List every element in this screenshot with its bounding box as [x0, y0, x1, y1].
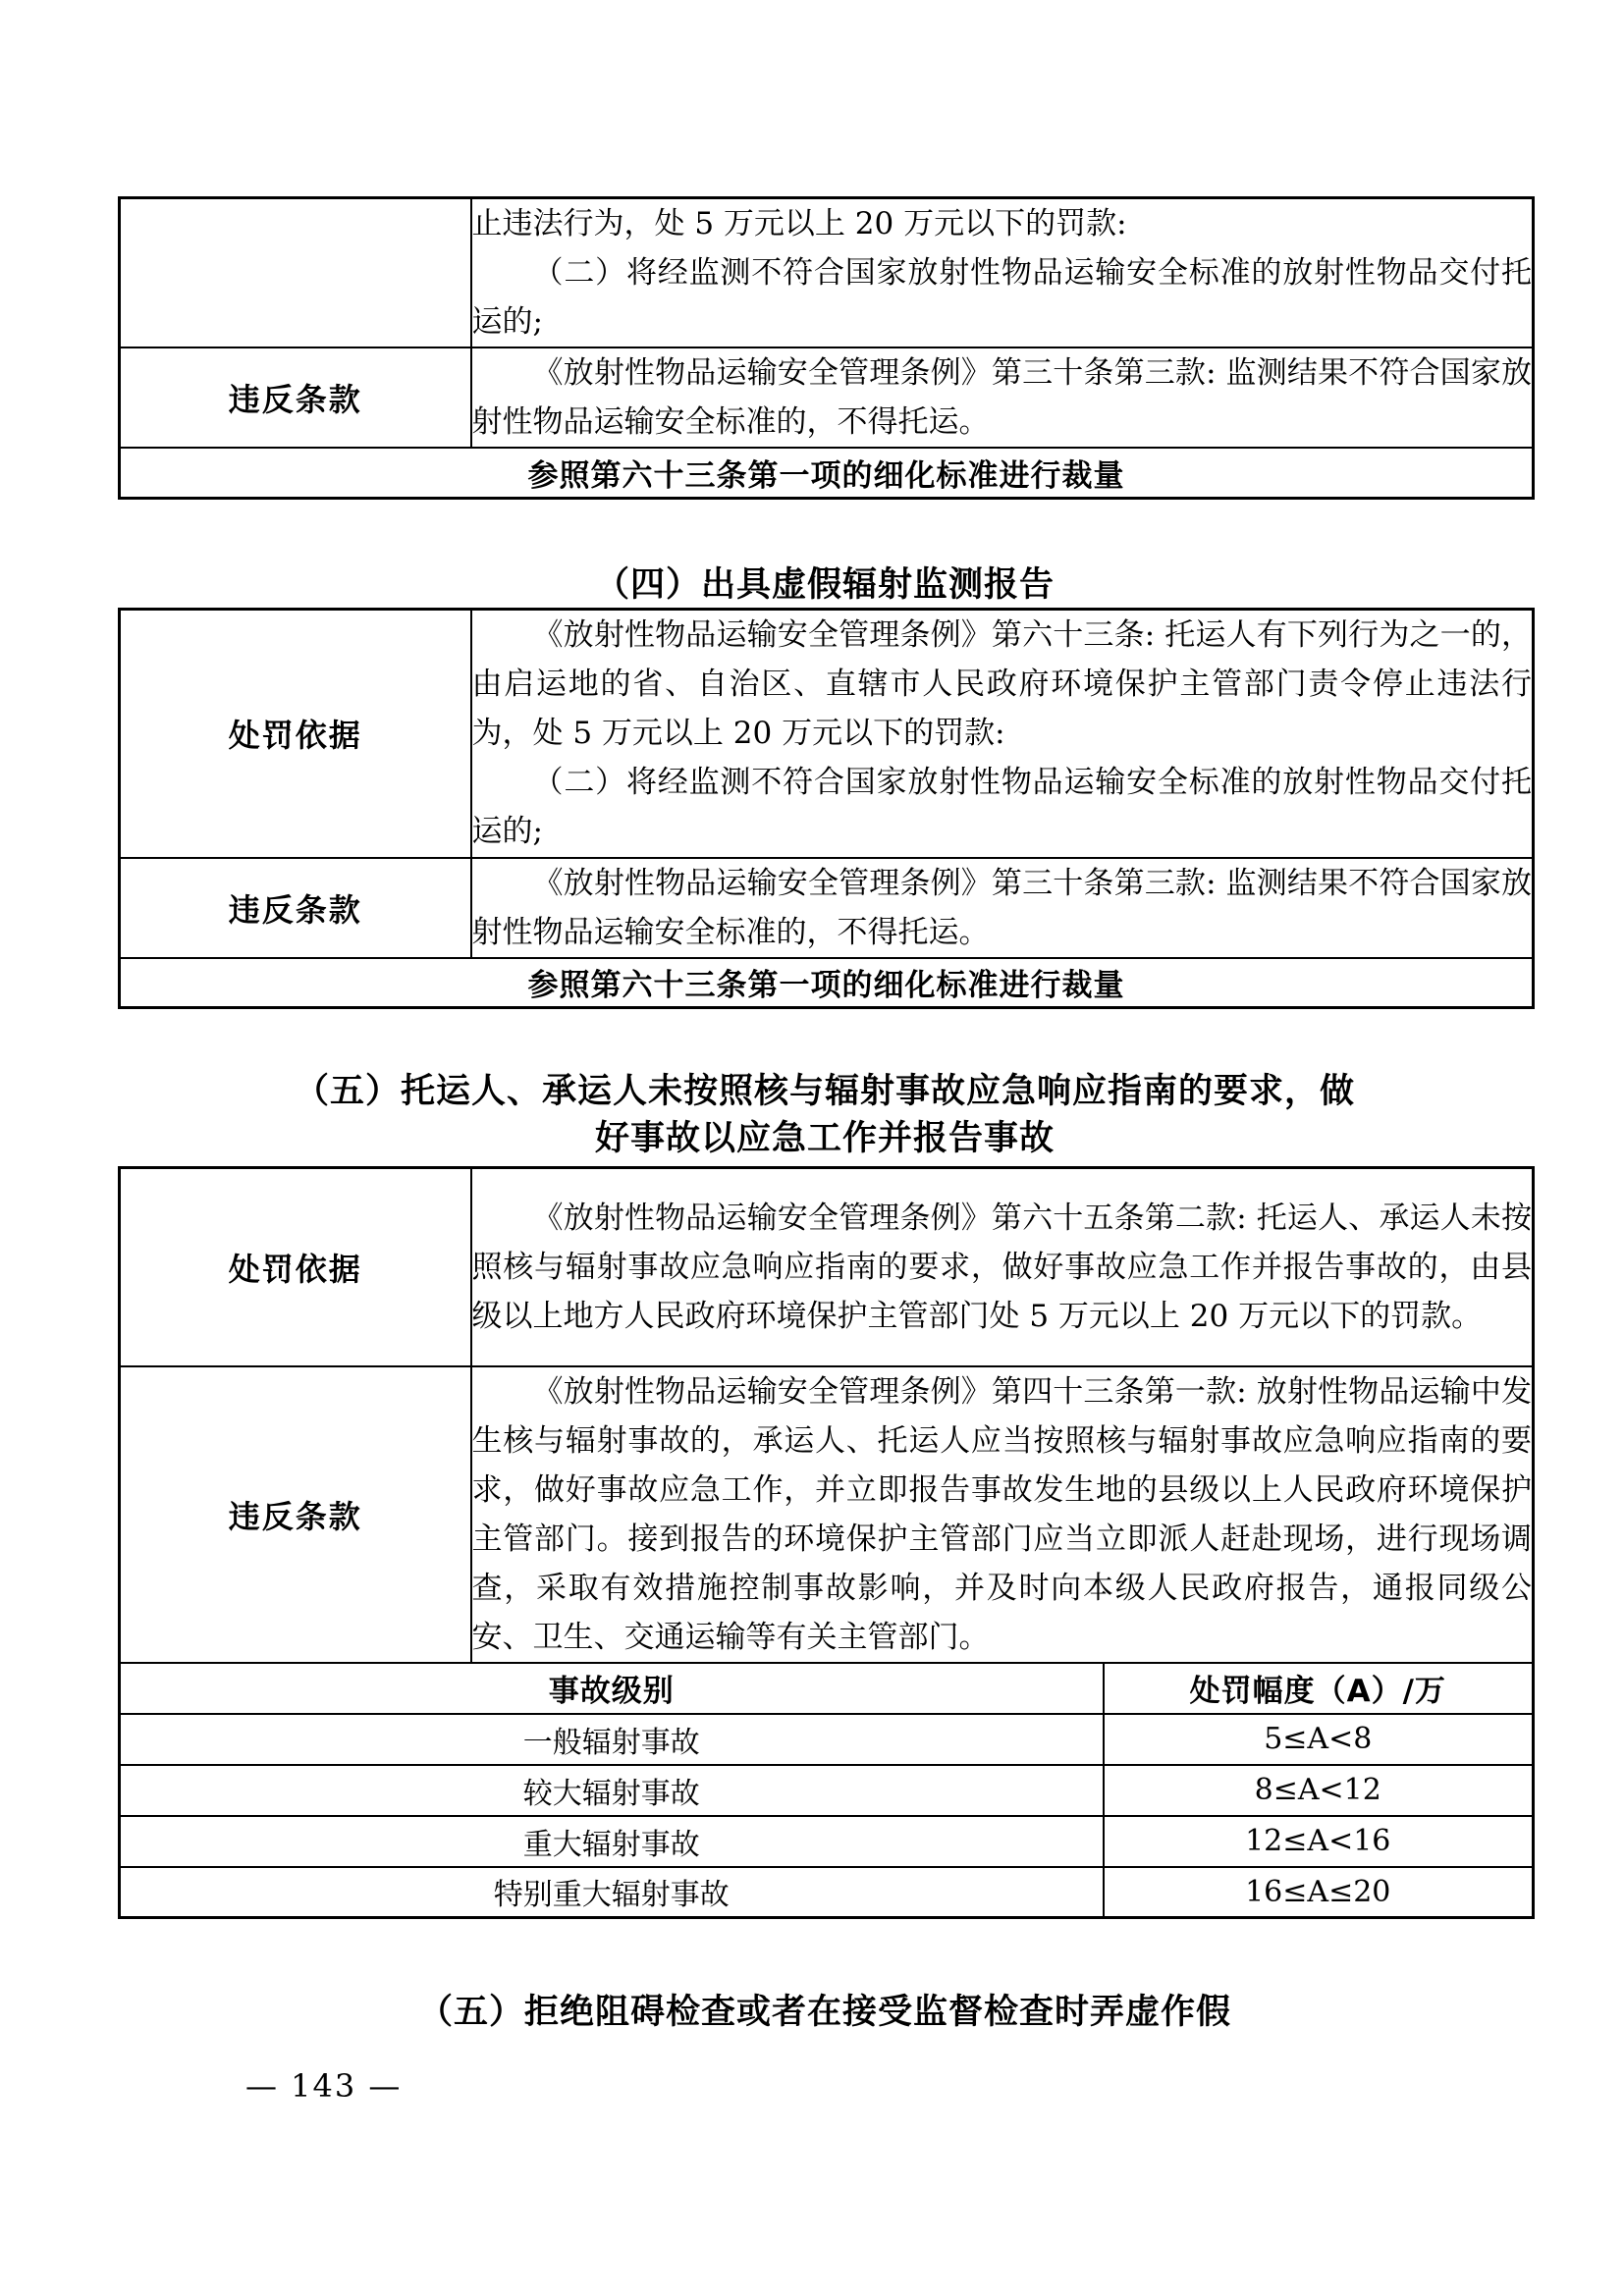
- subtable-row: 一般辐射事故 5≤A<8: [120, 1714, 1534, 1765]
- subtable-row: 重大辐射事故 12≤A<16: [120, 1816, 1534, 1867]
- penalty-basis-label: 处罚依据: [120, 610, 471, 858]
- accident-level-cell: 较大辐射事故: [120, 1765, 1104, 1816]
- accident-level-cell: 重大辐射事故: [120, 1816, 1104, 1867]
- penalty-basis-text-cell: 《放射性物品运输安全管理条例》第六十三条: 托运人有下列行为之一的，由启运地的省…: [471, 610, 1534, 858]
- violated-clause-text-cell: 《放射性物品运输安全管理条例》第三十条第三款: 监测结果不符合国家放射性物品运输…: [471, 347, 1534, 448]
- accident-level-header: 事故级别: [120, 1663, 1104, 1714]
- paragraph: （二）将经监测不符合国家放射性物品运输安全标准的放射性物品交付托运的;: [472, 758, 1533, 856]
- table-row: 处罚依据 《放射性物品运输安全管理条例》第六十五条第二款: 托运人、承运人未按照…: [120, 1168, 1534, 1366]
- emergency-table: 处罚依据 《放射性物品运输安全管理条例》第六十五条第二款: 托运人、承运人未按照…: [118, 1166, 1535, 1919]
- paragraph: （二）将经监测不符合国家放射性物品运输安全标准的放射性物品交付托运的;: [472, 248, 1533, 347]
- heading-line-2: 好事故以应急工作并报告事故: [118, 1115, 1532, 1162]
- paragraph: 《放射性物品运输安全管理条例》第六十五条第二款: 托运人、承运人未按照核与辐射事…: [472, 1194, 1533, 1341]
- penalty-range-cell: 16≤A≤20: [1104, 1867, 1534, 1918]
- table-row: 参照第六十三条第一项的细化标准进行裁量: [120, 448, 1534, 498]
- table-row: 违反条款 《放射性物品运输安全管理条例》第四十三条第一款: 放射性物品运输中发生…: [120, 1366, 1534, 1663]
- paragraph: 《放射性物品运输安全管理条例》第三十条第三款: 监测结果不符合国家放射性物品运输…: [472, 348, 1533, 447]
- table-row: 参照第六十三条第一项的细化标准进行裁量: [120, 958, 1534, 1008]
- violated-clause-text-cell: 《放射性物品运输安全管理条例》第四十三条第一款: 放射性物品运输中发生核与辐射事…: [471, 1366, 1534, 1663]
- penalty-range-cell: 8≤A<12: [1104, 1765, 1534, 1816]
- section-heading-obstruction: （五）拒绝阻碍检查或者在接受监督检查时弄虚作假: [118, 1989, 1532, 2036]
- paragraph: 止违法行为，处 5 万元以上 20 万元以下的罚款:: [472, 199, 1533, 248]
- subtable-row: 特别重大辐射事故 16≤A≤20: [120, 1867, 1534, 1918]
- discretion-note: 参照第六十三条第一项的细化标准进行裁量: [120, 448, 1534, 498]
- table-row: 违反条款 《放射性物品运输安全管理条例》第三十条第三款: 监测结果不符合国家放射…: [120, 858, 1534, 958]
- accident-level-cell: 一般辐射事故: [120, 1714, 1104, 1765]
- empty-label-cell: [120, 198, 471, 348]
- table-row: 违反条款 《放射性物品运输安全管理条例》第三十条第三款: 监测结果不符合国家放射…: [120, 347, 1534, 448]
- fake-report-table: 处罚依据 《放射性物品运输安全管理条例》第六十三条: 托运人有下列行为之一的，由…: [118, 608, 1535, 1009]
- table-row: 止违法行为，处 5 万元以上 20 万元以下的罚款: （二）将经监测不符合国家放…: [120, 198, 1534, 348]
- section-heading-fake-report: （四）出具虚假辐射监测报告: [118, 561, 1532, 609]
- violated-clause-text-cell: 《放射性物品运输安全管理条例》第三十条第三款: 监测结果不符合国家放射性物品运输…: [471, 858, 1534, 958]
- subtable-row: 较大辐射事故 8≤A<12: [120, 1765, 1534, 1816]
- document-page: 止违法行为，处 5 万元以上 20 万元以下的罚款: （二）将经监测不符合国家放…: [0, 0, 1624, 2296]
- penalty-basis-text-cell: 止违法行为，处 5 万元以上 20 万元以下的罚款: （二）将经监测不符合国家放…: [471, 198, 1534, 348]
- paragraph: 《放射性物品运输安全管理条例》第四十三条第一款: 放射性物品运输中发生核与辐射事…: [472, 1367, 1533, 1662]
- violated-clause-label: 违反条款: [120, 347, 471, 448]
- discretion-note: 参照第六十三条第一项的细化标准进行裁量: [120, 958, 1534, 1008]
- subtable-header-row: 事故级别 处罚幅度（A）/万: [120, 1663, 1534, 1714]
- penalty-range-cell: 5≤A<8: [1104, 1714, 1534, 1765]
- penalty-range-header: 处罚幅度（A）/万: [1104, 1663, 1534, 1714]
- violated-clause-label: 违反条款: [120, 1366, 471, 1663]
- violated-clause-label: 违反条款: [120, 858, 471, 958]
- accident-level-cell: 特别重大辐射事故: [120, 1867, 1104, 1918]
- table-row: 处罚依据 《放射性物品运输安全管理条例》第六十三条: 托运人有下列行为之一的，由…: [120, 610, 1534, 858]
- heading-line-1: （五）托运人、承运人未按照核与辐射事故应急响应指南的要求，做: [118, 1068, 1532, 1115]
- paragraph: 《放射性物品运输安全管理条例》第六十三条: 托运人有下列行为之一的，由启运地的省…: [472, 611, 1533, 758]
- penalty-range-cell: 12≤A<16: [1104, 1816, 1534, 1867]
- penalty-table-continued: 止违法行为，处 5 万元以上 20 万元以下的罚款: （二）将经监测不符合国家放…: [118, 196, 1535, 500]
- penalty-basis-label: 处罚依据: [120, 1168, 471, 1366]
- page-number: — 143 —: [245, 2067, 402, 2105]
- penalty-basis-text-cell: 《放射性物品运输安全管理条例》第六十五条第二款: 托运人、承运人未按照核与辐射事…: [471, 1168, 1534, 1366]
- paragraph: 《放射性物品运输安全管理条例》第三十条第三款: 监测结果不符合国家放射性物品运输…: [472, 859, 1533, 957]
- section-heading-emergency: （五）托运人、承运人未按照核与辐射事故应急响应指南的要求，做 好事故以应急工作并…: [118, 1068, 1532, 1162]
